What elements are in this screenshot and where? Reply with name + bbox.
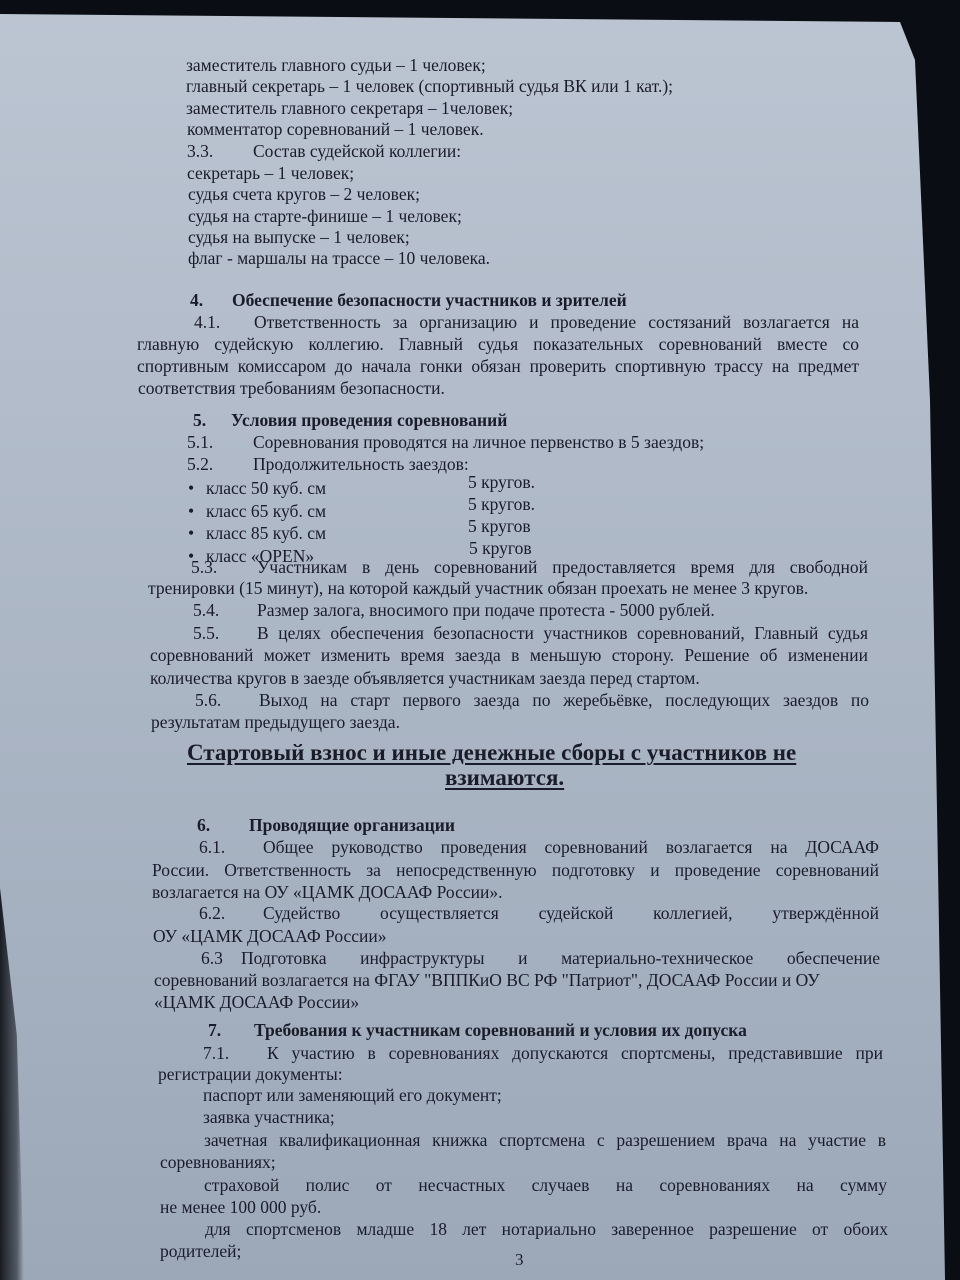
- item-5-4: 5.4.Размер залога, вносимого при подаче …: [193, 600, 715, 620]
- item-number: 4.1.: [194, 312, 254, 332]
- document-item-cont: не менее 100 000 руб.: [160, 1197, 321, 1217]
- text-line: регистрации документы:: [158, 1064, 343, 1084]
- class-name: класс 85 куб. см: [206, 523, 326, 543]
- fee-notice-line-2: взимаются.: [445, 765, 564, 791]
- item-text: Подготовка инфраструктуры и материально-…: [241, 948, 880, 968]
- item-number: 5.6.: [195, 690, 259, 710]
- document-item: паспорт или заменяющий его документ;: [203, 1085, 502, 1105]
- document-item: зачетная квалификационная книжка спортсм…: [204, 1130, 886, 1150]
- section-number: 7.: [208, 1020, 254, 1040]
- text-line: 6.3Подготовка инфраструктуры и материаль…: [201, 948, 880, 968]
- item-text: Продолжительность заездов:: [253, 454, 469, 474]
- text-line: флаг - маршалы на трассе – 10 человека.: [188, 248, 490, 268]
- class-name: класс 65 куб. см: [206, 501, 326, 521]
- text-line: 6.2.Судейство осуществляется судейской к…: [199, 903, 879, 923]
- text-line: 6.1.Общее руководство проведения соревно…: [199, 837, 879, 857]
- item-text: Выход на старт первого заезда по жеребьё…: [259, 690, 869, 710]
- text-line: количества кругов в заезде объявляется у…: [150, 668, 700, 688]
- item-5-1: 5.1.Соревнования проводятся на личное пе…: [187, 432, 704, 452]
- section-title: Требования к участникам соревнований и у…: [254, 1020, 747, 1040]
- fee-notice-line-1: Стартовый взнос и иные денежные сборы с …: [187, 740, 796, 766]
- item-number: 7.1.: [203, 1043, 267, 1063]
- class-laps: 5 кругов.: [468, 494, 535, 514]
- section-heading-6: 6.Проводящие организации: [197, 815, 455, 835]
- text-line: «ЦАМК ДОСААФ России»: [154, 992, 359, 1012]
- item-number: 5.5.: [193, 623, 257, 643]
- text-line: возлагается на ОУ «ЦАМК ДОСААФ России».: [152, 882, 502, 902]
- class-name: класс 50 куб. см: [206, 478, 326, 498]
- section-number: 6.: [197, 815, 249, 835]
- item-number: 5.2.: [187, 454, 253, 474]
- document-item-cont: родителей;: [160, 1241, 241, 1261]
- item-text: Состав судейской коллегии:: [253, 141, 461, 161]
- section-title: Условия проведения соревнований: [231, 410, 507, 430]
- item-number: 5.1.: [187, 432, 253, 452]
- text-line: комментатор соревнований – 1 человек.: [187, 119, 484, 139]
- document-item-cont: соревнованиях;: [160, 1152, 276, 1172]
- class-item: •класс 50 куб. см: [188, 478, 326, 498]
- section-number: 5.: [193, 410, 231, 430]
- bullet-icon: •: [188, 501, 206, 521]
- text-line: 7.1.К участию в соревнованиях допускаютс…: [203, 1043, 883, 1063]
- section-title: Проводящие организации: [249, 815, 455, 835]
- item-text: Общее руководство проведения соревновани…: [263, 837, 879, 857]
- item-3-3: 3.3.Состав судейской коллегии:: [187, 141, 461, 161]
- class-laps: 5 кругов: [468, 516, 531, 536]
- text-line: результатам предыдущего заезда.: [151, 712, 400, 732]
- text-line: тренировки (15 минут), на которой каждый…: [148, 578, 808, 598]
- class-laps: 5 кругов.: [468, 472, 535, 492]
- text-line: судья на старте-финише – 1 человек;: [188, 206, 462, 226]
- text-line: России. Ответственность за непосредствен…: [152, 860, 879, 880]
- bullet-icon: •: [188, 523, 206, 543]
- section-heading-4: 4.Обеспечение безопасности участников и …: [190, 290, 627, 310]
- text-line: главный секретарь – 1 человек (спортивны…: [186, 76, 673, 96]
- class-laps: 5 кругов: [469, 538, 532, 558]
- text-line: судья на выпуске – 1 человек;: [188, 227, 410, 247]
- item-text: Ответственность за организацию и проведе…: [254, 312, 859, 332]
- text-line: секретарь – 1 человек;: [187, 163, 354, 183]
- document-item: страховой полис от несчастных случаев на…: [204, 1175, 887, 1195]
- section-number: 4.: [190, 290, 232, 310]
- item-number: 6.1.: [199, 837, 263, 857]
- document-item: заявка участника;: [203, 1107, 335, 1127]
- text-line: спортивным комиссаром до начала гонки об…: [137, 356, 859, 376]
- item-text: Судейство осуществляется судейской колле…: [263, 903, 879, 923]
- page-number: 3: [515, 1250, 524, 1270]
- text-line: 5.6.Выход на старт первого заезда по жер…: [195, 690, 869, 710]
- section-heading-7: 7.Требования к участникам соревнований и…: [208, 1020, 747, 1040]
- text-line: соответствия требованиям безопасности.: [138, 378, 445, 398]
- text-line: заместитель главного секретаря – 1челове…: [186, 98, 513, 118]
- section-title: Обеспечение безопасности участников и зр…: [232, 290, 627, 310]
- text-line: соревнований может изменить время заезда…: [150, 645, 868, 665]
- text-line: 4.1.Ответственность за организацию и про…: [194, 312, 859, 332]
- item-text: В целях обеспечения безопасности участни…: [257, 623, 868, 643]
- document-item: для спортсменов младше 18 лет нотариальн…: [205, 1219, 888, 1239]
- item-5-2: 5.2.Продолжительность заездов:: [187, 454, 469, 474]
- section-heading-5: 5.Условия проведения соревнований: [193, 410, 507, 430]
- text-line: соревнований возлагается на ФГАУ "ВППКиО…: [154, 970, 820, 990]
- item-text: Размер залога, вносимого при подаче прот…: [257, 600, 715, 620]
- text-line: судья счета кругов – 2 человек;: [188, 184, 420, 204]
- item-text: Соревнования проводятся на личное первен…: [253, 432, 704, 452]
- item-text: Участникам в день соревнований предостав…: [257, 557, 868, 577]
- document-content: заместитель главного судьи – 1 человек; …: [0, 0, 960, 1280]
- item-number: 3.3.: [187, 141, 253, 161]
- text-line: главную судейскую коллегию. Главный судь…: [137, 334, 859, 354]
- class-item: •класс 85 куб. см: [188, 523, 326, 543]
- item-text: К участию в соревнованиях допускаются сп…: [267, 1043, 883, 1063]
- item-number: 5.4.: [193, 600, 257, 620]
- text-line: ОУ «ЦАМК ДОСААФ России»: [153, 926, 387, 946]
- text-line: 5.5.В целях обеспечения безопасности уча…: [193, 623, 868, 643]
- text-line: заместитель главного судьи – 1 человек;: [186, 55, 486, 75]
- class-item: •класс 65 куб. см: [188, 501, 326, 521]
- item-number: 5.3.: [191, 557, 257, 577]
- item-number: 6.3: [201, 948, 241, 968]
- bullet-icon: •: [188, 478, 206, 498]
- item-number: 6.2.: [199, 903, 263, 923]
- text-line: 5.3.Участникам в день соревнований предо…: [191, 557, 868, 577]
